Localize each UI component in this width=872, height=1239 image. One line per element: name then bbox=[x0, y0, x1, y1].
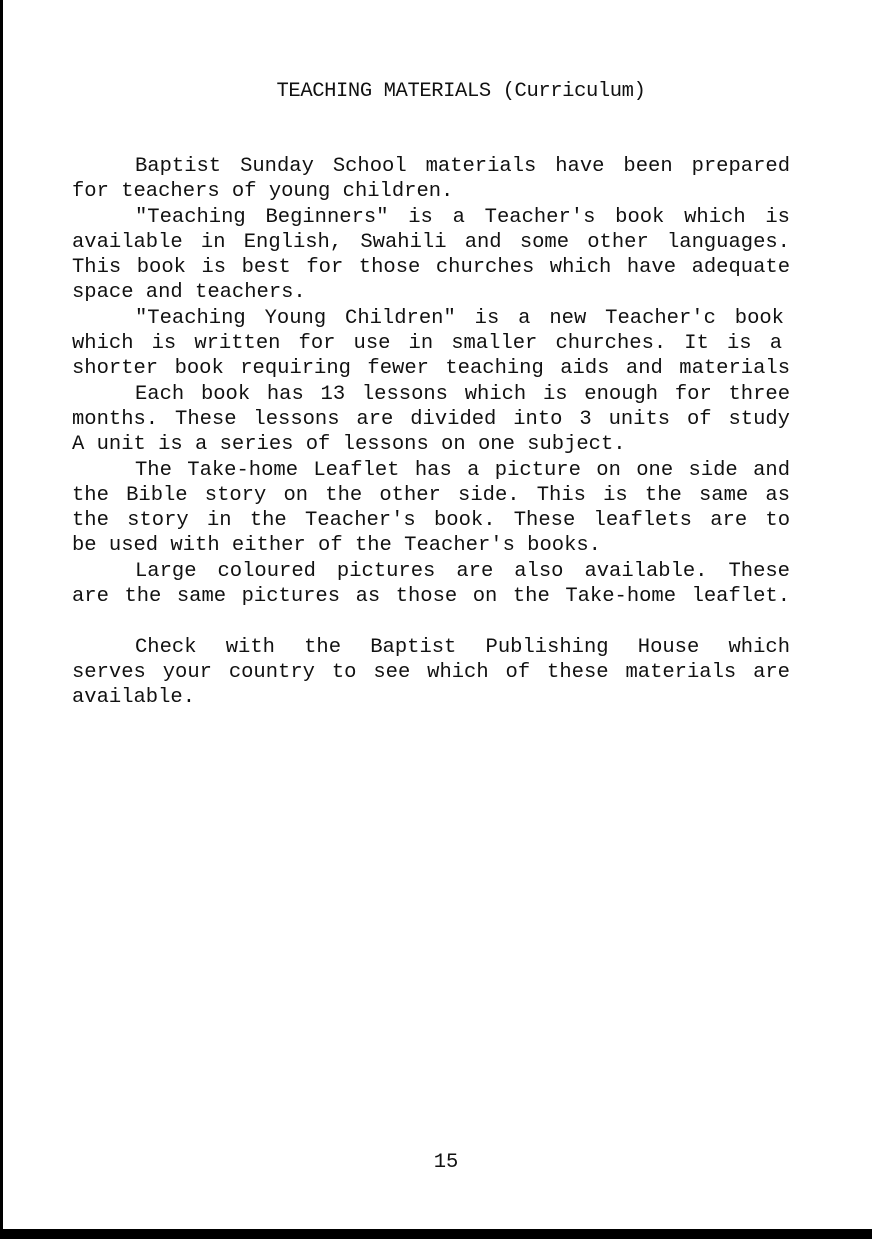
paragraph-4-line-2: months. These lessons are divided into 3… bbox=[72, 407, 790, 432]
paragraph-1-line-2: for teachers of young children. bbox=[72, 179, 790, 204]
paragraph-6-line-2: are the same pictures as those on the Ta… bbox=[72, 584, 790, 609]
page-number: 15 bbox=[0, 1151, 872, 1174]
paragraph-4-line-3: A unit is a series of lessons on one sub… bbox=[72, 432, 790, 457]
paragraph-5-line-4: be used with either of the Teacher's boo… bbox=[72, 533, 790, 558]
paragraph-2-line-3: This book is best for those churches whi… bbox=[72, 255, 790, 280]
page-title: TEACHING MATERIALS (Curriculum) bbox=[0, 80, 872, 103]
paragraph-7-line-2: serves your country to see which of thes… bbox=[72, 660, 790, 685]
paragraph-3-line-2: which is written for use in smaller chur… bbox=[72, 331, 790, 356]
paragraph-5-line-2: the Bible story on the other side. This … bbox=[72, 483, 790, 508]
paragraph-2-line-1: "Teaching Beginners" is a Teacher's book… bbox=[72, 205, 790, 230]
document-body: Baptist Sunday School materials have bee… bbox=[72, 154, 790, 711]
paragraph-spacer bbox=[72, 609, 790, 634]
scan-bottom-edge bbox=[0, 1229, 872, 1239]
paragraph-6-line-1: Large coloured pictures are also availab… bbox=[72, 559, 790, 584]
paragraph-5-line-3: the story in the Teacher's book. These l… bbox=[72, 508, 790, 533]
paragraph-3-line-1: "Teaching Young Children" is a new Teach… bbox=[72, 306, 790, 331]
paragraph-1-line-1: Baptist Sunday School materials have bee… bbox=[72, 154, 790, 179]
paragraph-2-line-4: space and teachers. bbox=[72, 280, 790, 305]
paragraph-7-line-3: available. bbox=[72, 685, 790, 710]
paragraph-4-line-1: Each book has 13 lessons which is enough… bbox=[72, 382, 790, 407]
paragraph-7-line-1: Check with the Baptist Publishing House … bbox=[72, 635, 790, 660]
scan-left-edge bbox=[0, 0, 3, 1239]
paragraph-2-line-2: available in English, Swahili and some o… bbox=[72, 230, 790, 255]
paragraph-3-line-3: shorter book requiring fewer teaching ai… bbox=[72, 356, 790, 381]
paragraph-5-line-1: The Take-home Leaflet has a picture on o… bbox=[72, 458, 790, 483]
